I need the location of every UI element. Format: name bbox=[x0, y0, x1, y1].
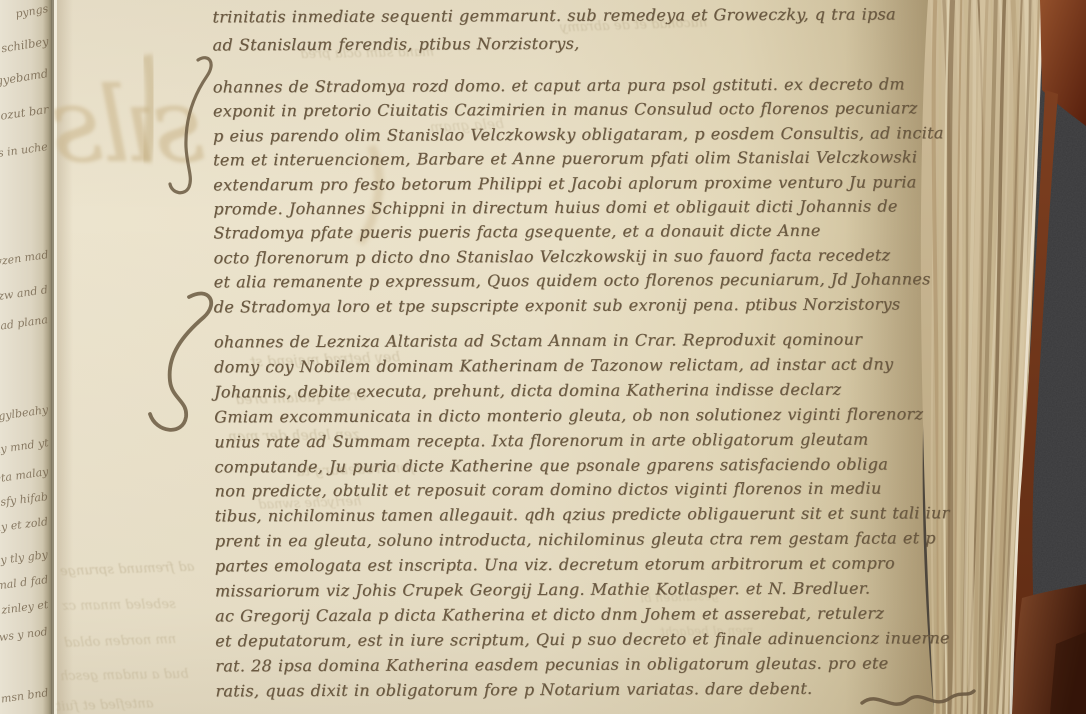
text-line: partes emologata est inscripta. Una viz.… bbox=[215, 551, 950, 579]
text-line: p eius parendo olim Stanislao Velczkowsk… bbox=[213, 121, 944, 149]
text-line: ohannes de Lezniza Altarista ad Sctam An… bbox=[214, 327, 949, 355]
text-line: promde. Johannes Schippni in directum hu… bbox=[213, 194, 944, 222]
text-line: Stradomya pfate pueris pueris facta gseq… bbox=[213, 219, 944, 247]
text-line: exponit in pretorio Ciuitatis Cazimirien… bbox=[213, 97, 944, 125]
previous-page-fragment: n ws y nod bbox=[0, 625, 49, 645]
text-line: domy coy Nobilem dominam Katherinam de T… bbox=[214, 352, 949, 380]
previous-page-fragment: beta malay bbox=[0, 465, 49, 486]
text-line: computande, Ju puria dicte Katherine que… bbox=[214, 452, 949, 480]
manuscript-photo: sıls nuconad et de abramymand sum ocla p… bbox=[0, 0, 1086, 714]
text-line: trinitatis inmediate sequenti gemmarunt.… bbox=[212, 0, 895, 31]
previous-page-fragment: pyngs bbox=[14, 2, 49, 21]
previous-page-fragment: ap gorlicze ozut bar bbox=[0, 102, 49, 132]
text-line: extendarum pro festo betorum Philippi et… bbox=[213, 170, 944, 198]
text-line: et alia remanente p expressum, Quos quid… bbox=[214, 267, 945, 295]
paragraph-3: ohannes de Lezniza Altarista ad Sctam An… bbox=[214, 327, 950, 704]
text-line: Johannis, debite executa, prehunt, dicta… bbox=[214, 377, 949, 405]
text-line: missariorum viz Johis Crupek Georgij Lan… bbox=[215, 576, 950, 604]
text-line: ad Stanislaum ferendis, ptibus Norzistor… bbox=[213, 28, 896, 59]
text-line: de Stradomya loro et tpe supscripte expo… bbox=[214, 292, 945, 320]
previous-page-fragment: bue ob lad ad plana bbox=[0, 313, 49, 341]
previous-page-fragment: matthis schilbey bbox=[0, 34, 49, 63]
previous-page-text: pyngsmatthis schilbeyladus gyebamdap gor… bbox=[0, 0, 51, 714]
text-line: tem et interuencionem, Barbare et Anne p… bbox=[213, 145, 944, 173]
text-line: ac Gregorij Cazala p dicta Katherina et … bbox=[215, 601, 950, 629]
previous-page-fragment: ladus gyebamd bbox=[0, 66, 49, 94]
text-line: rat. 28 ipsa domina Katherina easdem pec… bbox=[215, 651, 950, 679]
previous-page-fragment: ebs in uche bbox=[0, 140, 49, 162]
previous-page-fragment: ny tly gby bbox=[0, 548, 49, 568]
previous-page-fragment: bin agnzw and d bbox=[0, 283, 49, 309]
text-line: tibus, nichilominus tamen allegauit. qdh… bbox=[215, 502, 950, 530]
previous-page-fragment: gyly et zold bbox=[0, 515, 49, 536]
text-line: unius rate ad Summam recepta. Ixta flore… bbox=[214, 427, 949, 455]
previous-page-fragment: w tal gylbeahy bbox=[0, 403, 49, 427]
text-line: prent in ea gleuta, soluno introducta, n… bbox=[215, 526, 950, 554]
previous-page-fragment: ty zinley et bbox=[0, 598, 49, 618]
text-line: et deputatorum, est in iure scriptum, Qu… bbox=[215, 626, 950, 654]
text-line: octo florenorum p dicto dno Stanislao Ve… bbox=[214, 243, 945, 271]
paragraph-2: ohannes de Stradomya rozd domo. et caput… bbox=[213, 72, 945, 319]
text-line: non predicte, obtulit et reposuit coram … bbox=[215, 477, 950, 505]
text-line: ratis, quas dixit in obligatorum fore p … bbox=[215, 676, 950, 704]
text-line: ohannes de Stradomya rozd domo. et caput… bbox=[213, 72, 944, 100]
previous-page-fragment: d msn bnd bbox=[0, 686, 49, 707]
previous-page-fragment: al gnd vzen mad bbox=[0, 248, 49, 274]
paragraph-1: trinitatis inmediate sequenti gemmarunt.… bbox=[212, 0, 896, 59]
text-line: Gmiam excommunicata in dicto monterio gl… bbox=[214, 402, 949, 430]
previous-page-fragment: w ad usfy hifab bbox=[0, 490, 49, 513]
handwritten-text: trinitatis inmediate sequenti gemmarunt.… bbox=[0, 0, 1086, 714]
previous-page-fragment: mal d fad bbox=[0, 573, 49, 592]
previous-page-fragment: ny mnd yt bbox=[0, 436, 49, 457]
